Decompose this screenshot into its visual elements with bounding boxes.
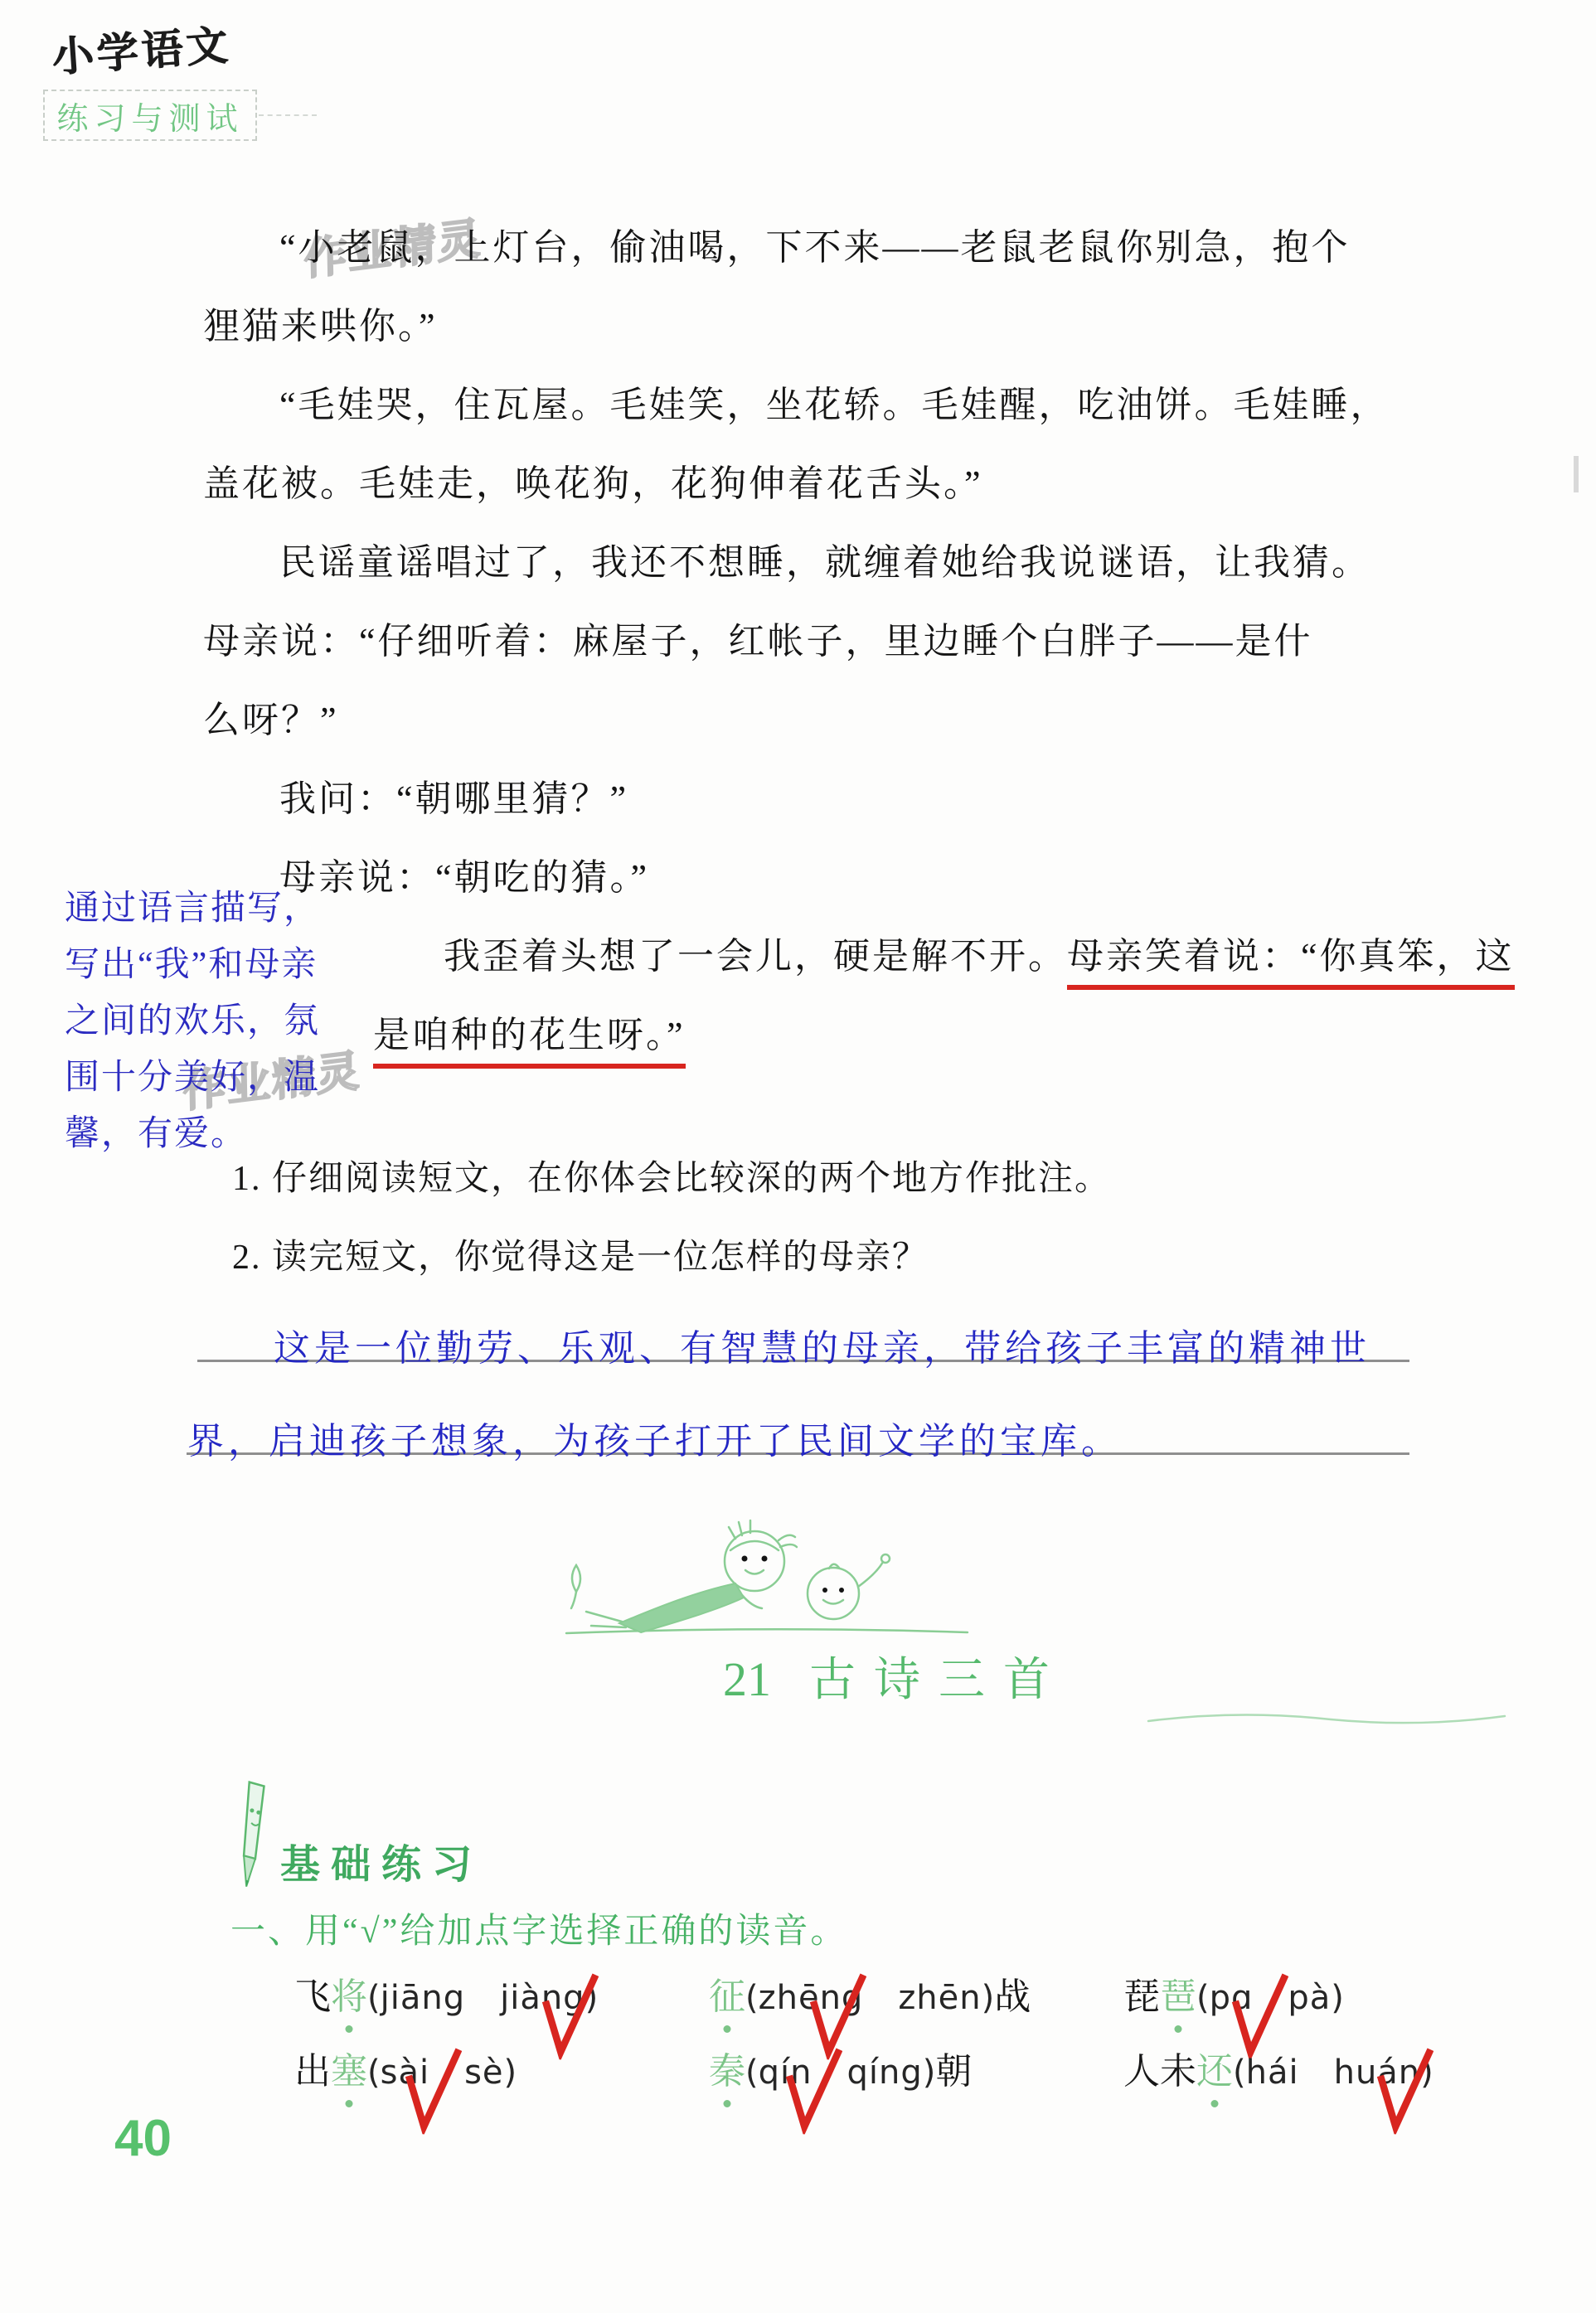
target-char: 征 [709, 1966, 745, 2020]
series-title: 小学语文 [50, 12, 232, 85]
pinyin-option: qíng [847, 2054, 922, 2092]
target-char: 还 [1196, 2041, 1233, 2094]
item-text-before: 出 [294, 2051, 331, 2092]
pinyin-option-checked: pɑ [1210, 1979, 1254, 2017]
item-text-before: 琵 [1123, 1976, 1160, 2017]
margin-note-line: 馨，有爱。 [65, 1106, 247, 1156]
answer-line-2: 界，启迪孩子想象，为孩子打开了民间文学的宝库。 [187, 1411, 1122, 1464]
essay-line: 狸猫来哄你。” [203, 296, 438, 349]
exercise-instruction: 一、用“√”给加点字选择正确的读音。 [230, 1903, 847, 1953]
target-char: 将 [331, 1966, 367, 2020]
item-text-after: 朝 [935, 2051, 972, 2092]
workbook-page: 小学语文 练习与测试 作业精灵 作业精灵 “小老鼠，上灯台，偷油喝，下不来——老… [0, 0, 1596, 2313]
paren-open: ( [745, 1979, 759, 2017]
pinyin-option: zhēn [898, 1979, 981, 2017]
exercise-item: 秦(qínqíng)朝 [709, 2041, 972, 2094]
lesson-title-row: 21 古诗三首 [580, 1643, 1210, 1709]
item-text-before: 飞 [294, 1976, 331, 2017]
essay-line: 盖花被。毛娃走，唤花狗，花狗伸着花舌头。” [203, 453, 983, 507]
essay-line: 母亲说：“朝吃的猜。” [279, 847, 649, 900]
section-title: 基础练习 [280, 1832, 483, 1889]
pinyin-option-checked: sài [381, 2054, 429, 2092]
series-subtitle: 练习与测试 [56, 93, 243, 138]
margin-note-line: 通过语言描写， [65, 880, 320, 930]
pinyin-option-checked: qín [759, 2054, 813, 2092]
series-subtitle-box: 练习与测试 [43, 90, 257, 141]
essay-line: “小老鼠，上灯台，偷油喝，下不来——老鼠老鼠你别急，抱个 [279, 217, 1351, 270]
paren-open: ( [1233, 2054, 1246, 2092]
exercise-item: 出塞(sàisè) [294, 2041, 517, 2094]
essay-line: 是咱种的花生呀。” [373, 1005, 686, 1058]
exercise-item: 人未还(háihuán) [1123, 2041, 1433, 2094]
paren-open: ( [367, 1979, 381, 2017]
essay-line: 我歪着头想了一会儿，硬是解不开。母亲笑着说：“你真笨，这 [444, 926, 1515, 979]
question-1: 1. 仔细阅读短文，在你体会比较深的两个地方作批注。 [232, 1151, 1111, 1200]
pinyin-option: hái [1246, 2054, 1299, 2092]
exercise-item: 琵琶(pɑpà) [1123, 1966, 1344, 2020]
essay-line: 母亲说：“仔细听着：麻屋子，红帐子，里边睡个白胖子——是什 [203, 611, 1313, 664]
target-char: 琶 [1160, 1966, 1196, 2020]
exercise-item: 征(zhēngzhēn)战 [709, 1966, 1031, 2020]
title-flourish [1144, 1706, 1509, 1731]
pencil-icon [235, 1777, 272, 1906]
essay-text-red-underlined: 母亲笑着说：“你真笨，这 [1067, 936, 1515, 990]
essay-line: 我问：“朝哪里猜？” [279, 769, 628, 822]
checkmark-icon [780, 2039, 843, 2136]
item-text-after: 战 [994, 1976, 1031, 2017]
checkmark-icon [537, 1965, 600, 2062]
essay-line: 民谣童谣唱过了，我还不想睡，就缠着她给我说谜语，让我猜。 [279, 532, 1370, 585]
lesson-number: 21 [723, 1651, 771, 1707]
pinyin-option: pà [1288, 1979, 1331, 2017]
target-char: 塞 [331, 2041, 367, 2094]
checkmark-icon [1371, 2039, 1434, 2136]
page-number: 40 [114, 2109, 172, 2168]
paren-open: ( [1196, 1979, 1210, 2017]
pinyin-option: sè [464, 2054, 503, 2092]
essay-text-plain: 我歪着头想了一会儿，硬是解不开。 [444, 936, 1067, 977]
dashed-rule [259, 114, 317, 116]
margin-note-line: 写出“我”和母亲 [65, 937, 318, 987]
paren-close: ) [923, 2054, 936, 2092]
margin-note-line: 之间的欢乐，氛 [65, 993, 320, 1043]
children-illustration [543, 1515, 991, 1652]
paren-open: ( [367, 2054, 381, 2092]
target-char: 秦 [709, 2041, 745, 2094]
scan-artifact [1574, 456, 1579, 492]
essay-line: 么呀？” [203, 690, 339, 743]
paren-close: ) [504, 2054, 517, 2092]
pinyin-option: jiāng [381, 1979, 465, 2017]
margin-note-line: 围十分美好，温 [65, 1050, 320, 1099]
lesson-title: 古诗三首 [809, 1643, 1068, 1709]
question-2: 2. 读完短文，你觉得这是一位怎样的母亲？ [232, 1229, 929, 1279]
paren-close: ) [1331, 1979, 1344, 2017]
paren-close: ) [982, 1979, 995, 2017]
checkmark-icon [400, 2039, 463, 2136]
essay-text-red-underlined: 是咱种的花生呀。” [373, 1015, 686, 1069]
paren-open: ( [745, 2054, 759, 2092]
item-text-before: 人未 [1123, 2051, 1196, 2092]
exercise-item: 飞将(jiāngjiàng) [294, 1966, 598, 2020]
answer-line-1: 这是一位勤劳、乐观、有智慧的母亲，带给孩子丰富的精神世 [274, 1318, 1370, 1371]
pinyin-option-checked: zhēng [759, 1979, 864, 2017]
pinyin-option-checked: huán [1334, 2054, 1421, 2092]
pinyin-option-checked: jiàng [500, 1979, 585, 2017]
essay-line: “毛娃哭，住瓦屋。毛娃笑，坐花轿。毛娃醒，吃油饼。毛娃睡， [279, 375, 1390, 428]
